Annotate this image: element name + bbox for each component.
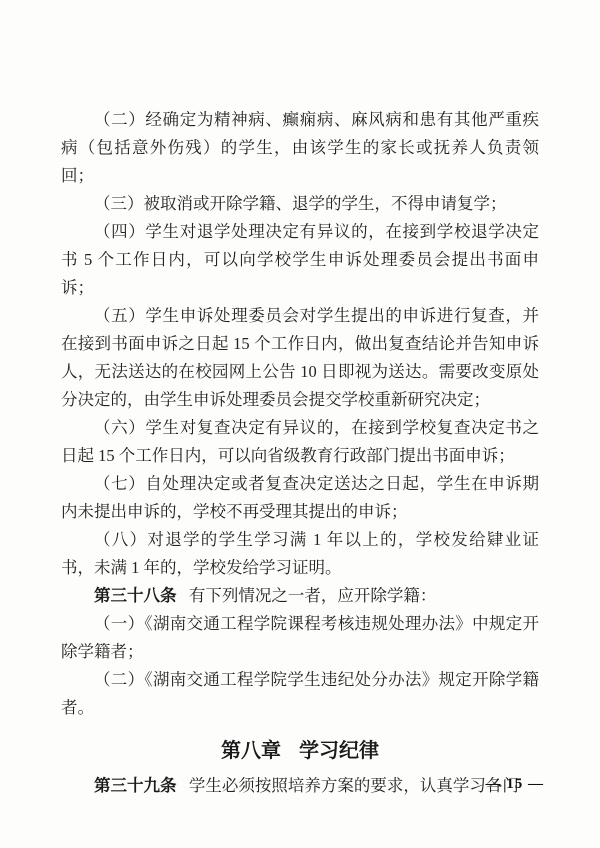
clause-paragraph-6: （六）学生对复查决定有异议的，在接到学校复查决定书之日起 15 个工作日内，可以… [61,414,539,470]
article-38-item-1: （一）《湖南交通工程学院课程考核违规处理办法》中规定开除学籍者； [61,610,539,666]
article-39-text: 学生必须按照培养方案的要求，认真学习各门 [189,776,519,795]
article-38-number: 第三十八条 [94,587,189,605]
clause-paragraph-8: （八）对退学的学生学习满 1 年以上的，学校发给肄业证书，未满 1 年的，学校发… [61,526,539,582]
page-number: — 15 — [486,776,545,793]
article-39-paragraph: 第三十九条学生必须按照培养方案的要求，认真学习各门 [61,772,539,800]
article-38-text: 有下列情况之一者，应开除学籍： [189,586,437,605]
clause-paragraph-7: （七）自处理决定或者复查决定送达之日起，学生在申诉期内未提出申诉的，学校不再受理… [61,470,539,526]
chapter-number: 第八章 [221,740,281,762]
clause-paragraph-2: （二）经确定为精神病、癫痫病、麻风病和患有其他严重疾病（包括意外伤残）的学生，由… [61,106,539,190]
article-38-paragraph: 第三十八条有下列情况之一者，应开除学籍： [61,582,539,610]
article-39-number: 第三十九条 [94,777,189,795]
document-page: （二）经确定为精神病、癫痫病、麻风病和患有其他严重疾病（包括意外伤残）的学生，由… [0,0,600,848]
clause-paragraph-3: （三）被取消或开除学籍、退学的学生，不得申请复学； [61,190,539,218]
document-body: （二）经确定为精神病、癫痫病、麻风病和患有其他严重疾病（包括意外伤残）的学生，由… [61,106,539,800]
chapter-title: 学习纪律 [299,740,379,762]
chapter-heading: 第八章学习纪律 [61,736,539,766]
clause-paragraph-5: （五）学生申诉处理委员会对学生提出的申诉进行复查，并在接到书面申诉之日起 15 … [61,302,539,414]
clause-paragraph-4: （四）学生对退学处理决定有异议的，在接到学校退学决定书 5 个工作日内，可以向学… [61,218,539,302]
article-38-item-2: （二）《湖南交通工程学院学生违纪处分办法》规定开除学籍者。 [61,666,539,722]
